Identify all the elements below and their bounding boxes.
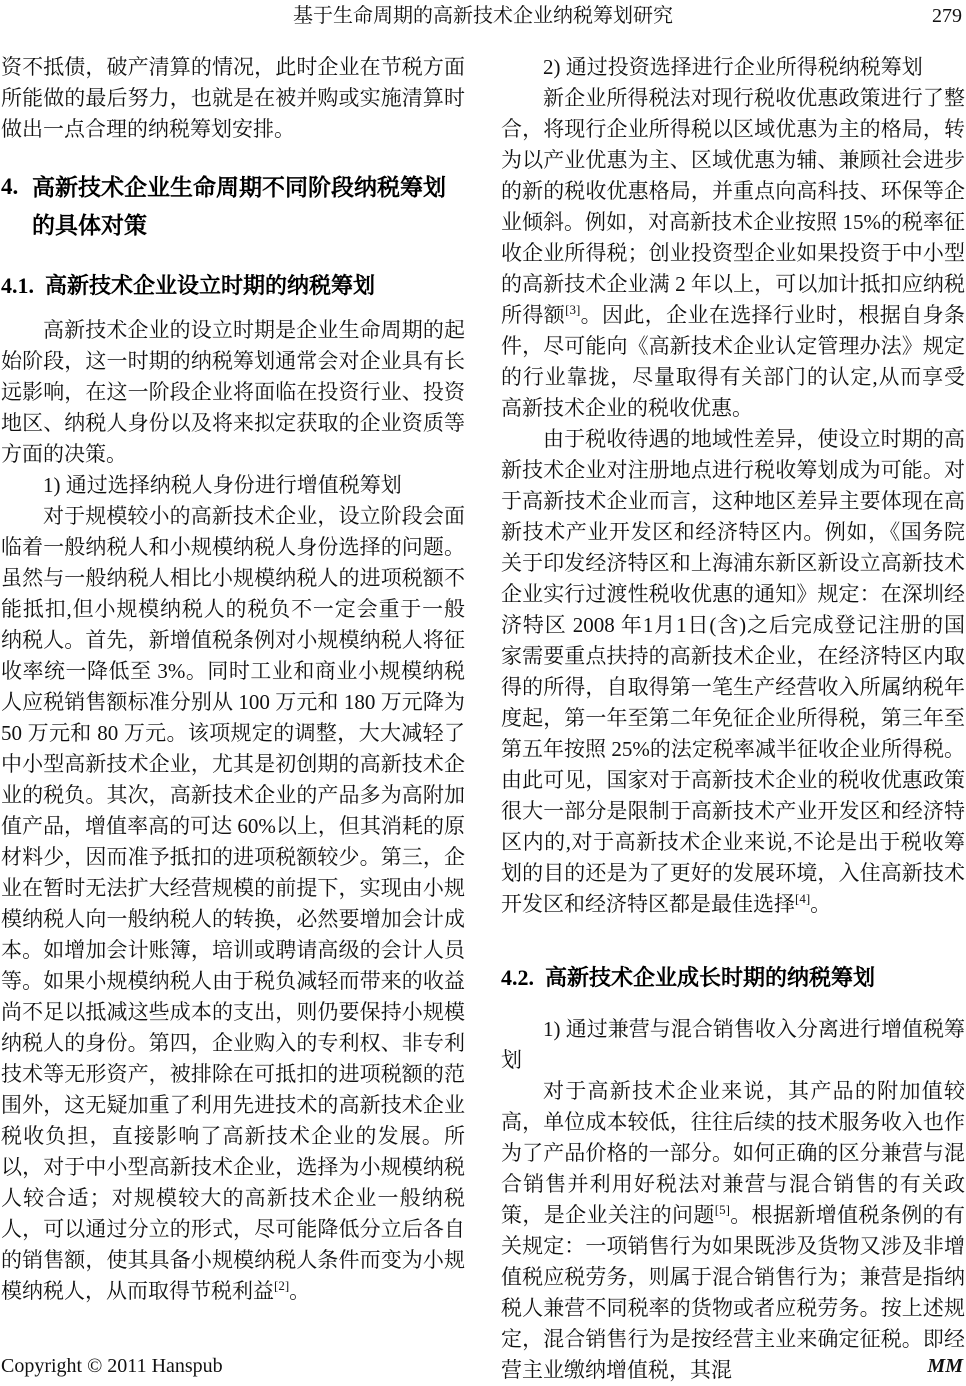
paragraph-text: 。 — [289, 1279, 310, 1303]
citation-ref-5: [5] — [715, 1202, 730, 1217]
paragraph-regional-tax-difference: 由于税收待遇的地域性差异，使设立时期的高新技术企业对注册地点进行税收筹划成为可能… — [501, 424, 965, 920]
section-title: 高新技术企业设立时期的纳税筹划 — [45, 271, 375, 301]
paragraph-text: 由于税收待遇的地域性差异，使设立时期的高新技术企业对注册地点进行税收筹划成为可能… — [501, 427, 965, 916]
section-number: 4.1. — [1, 271, 45, 301]
paragraph-text: 新企业所得税法对现行税收优惠政策进行了整合，将现行企业所得税以区域优惠为主的格局… — [501, 86, 965, 327]
citation-ref-2: [2] — [274, 1278, 289, 1293]
section-heading-4: 4. 高新技术企业生命周期不同阶段纳税筹划的具体对策 — [1, 168, 465, 244]
paragraph-income-tax-policy: 新企业所得税法对现行税收优惠政策进行了整合，将现行企业所得税以区域优惠为主的格局… — [501, 83, 965, 424]
section-number: 4. — [1, 168, 32, 244]
section-title: 高新技术企业生命周期不同阶段纳税筹划的具体对策 — [32, 168, 465, 244]
section-title: 高新技术企业成长时期的纳税筹划 — [545, 963, 875, 993]
right-column: 2) 通过投资选择进行企业所得税纳税筹划 新企业所得税法对现行税收优惠政策进行了… — [501, 52, 965, 1386]
paper-title-running-head: 基于生命周期的高新技术企业纳税筹划研究 — [0, 2, 966, 30]
citation-ref-4: [4] — [795, 891, 810, 906]
section-heading-4-2: 4.2. 高新技术企业成长时期的纳税筹划 — [501, 963, 965, 993]
paragraph-text: 。 — [810, 892, 831, 916]
page-number: 279 — [932, 2, 962, 30]
list-item-income-tax-investment: 2) 通过投资选择进行企业所得税纳税筹划 — [501, 52, 965, 83]
copyright-notice: Copyright © 2011 Hanspub — [1, 1352, 223, 1380]
section-heading-4-1: 4.1. 高新技术企业设立时期的纳税筹划 — [1, 271, 465, 301]
section-number: 4.2. — [501, 963, 545, 993]
list-item-mixed-sales-vat: 1) 通过兼营与混合销售收入分离进行增值税筹划 — [501, 1014, 965, 1076]
paragraph-liquidation-continuation: 资不抵债，破产清算的情况，此时企业在节税方面所能做的最后努力，也就是在被并购或实… — [1, 52, 465, 145]
left-column: 资不抵债，破产清算的情况，此时企业在节税方面所能做的最后努力，也就是在被并购或实… — [1, 52, 465, 1307]
page-footer: Copyright © 2011 Hanspub MM — [1, 1352, 963, 1382]
paragraph-mixed-sales-analysis: 对于高新技术企业来说，其产品的附加值较高，单位成本较低，往往后续的技术服务收入也… — [501, 1076, 965, 1386]
paragraph-taxpayer-identity-analysis: 对于规模较小的高新技术企业，设立阶段会面临着一般纳税人和小规模纳税人身份选择的问… — [1, 501, 465, 1307]
paragraph-setup-period-intro: 高新技术企业的设立时期是企业生命周期的起始阶段，这一时期的纳税筹划通常会对企业具… — [1, 315, 465, 470]
journal-mark: MM — [927, 1352, 963, 1380]
citation-ref-3: [3] — [565, 302, 580, 317]
running-head: 基于生命周期的高新技术企业纳税筹划研究 279 — [0, 2, 966, 32]
paragraph-text: 。因此，企业在选择行业时，根据自身条件，尽可能向《高新技术企业认定管理办法》规定… — [501, 303, 965, 420]
paragraph-text: 对于规模较小的高新技术企业，设立阶段会面临着一般纳税人和小规模纳税人身份选择的问… — [1, 504, 465, 1303]
list-item-vat-taxpayer-identity: 1) 通过选择纳税人身份进行增值税筹划 — [1, 470, 465, 501]
paper-page: 基于生命周期的高新技术企业纳税筹划研究 279 资不抵债，破产清算的情况，此时企… — [0, 0, 966, 1386]
